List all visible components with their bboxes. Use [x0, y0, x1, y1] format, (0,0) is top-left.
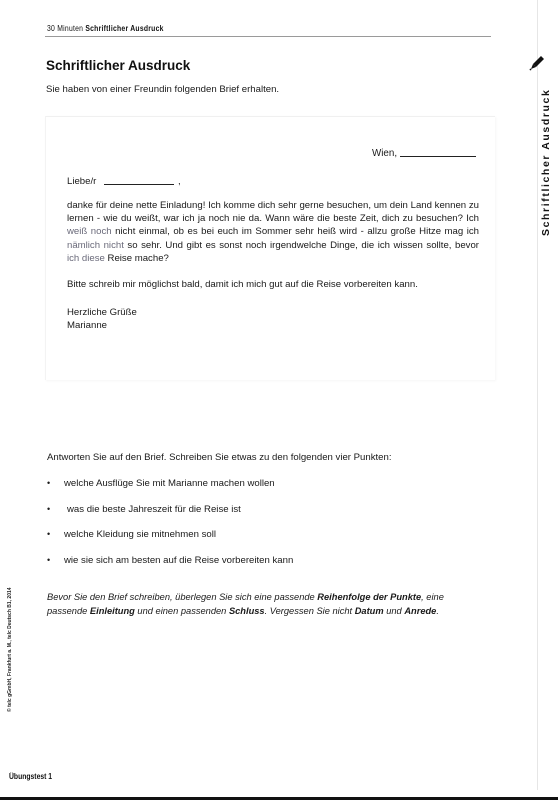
- letter-place: Wien,: [372, 148, 397, 159]
- instruction-note: Bevor Sie den Brief schreiben, überlegen…: [47, 591, 477, 618]
- task-point: •welche Kleidung sie mitnehmen soll: [47, 529, 293, 555]
- emphasis: Einleitung: [90, 606, 135, 616]
- time-prefix: 30 Minuten: [47, 24, 83, 33]
- letter-request: Bitte schreib mir möglichst bald, damit …: [67, 279, 418, 290]
- bullet-icon: •: [47, 529, 50, 539]
- salutation-comma: ,: [178, 176, 181, 187]
- bullet-icon: •: [47, 504, 50, 514]
- emphasis: Reihenfolge der Punkte: [317, 592, 421, 602]
- bullet-icon: •: [47, 555, 50, 565]
- name-blank-line: [104, 184, 174, 185]
- emphasis: Anrede: [404, 606, 436, 616]
- section-title: Schriftlicher Ausdruck: [46, 58, 190, 73]
- signature: Marianne: [67, 319, 137, 332]
- body-text-faded: nämlich nicht: [67, 240, 124, 251]
- body-text: danke für deine nette Einladung! Ich kom…: [67, 200, 479, 224]
- emphasis: Datum: [355, 606, 384, 616]
- date-blank-line: [400, 156, 476, 157]
- body-text-faded: weiß noch: [67, 226, 112, 237]
- running-head: 30 Minuten Schriftlicher Ausdruck: [47, 24, 164, 33]
- closing-greeting: Herzliche Grüße: [67, 306, 137, 319]
- footer-label: Übungstest 1: [9, 772, 52, 781]
- running-title: Schriftlicher Ausdruck: [85, 24, 163, 33]
- emphasis: Schluss: [229, 606, 265, 616]
- copyright-notice: © telc gGmbH, Frankfurt a. M., telc Deut…: [7, 587, 13, 712]
- page-edge-right: [537, 0, 538, 790]
- letter-closing: Herzliche Grüße Marianne: [67, 306, 137, 332]
- task-point: •wie sie sich am besten auf die Reise vo…: [47, 555, 293, 581]
- pencil-icon: [528, 53, 546, 71]
- letter-body: danke für deine nette Einladung! Ich kom…: [67, 199, 479, 265]
- side-tab-label: Schriftlicher Ausdruck: [540, 89, 552, 236]
- body-text: so sehr. Und gibt es sonst noch irgendwe…: [124, 240, 479, 251]
- task-points: •welche Ausflüge Sie mit Marianne machen…: [47, 478, 293, 580]
- task-point: •was die beste Jahreszeit für die Reise …: [47, 504, 293, 530]
- task-point: •welche Ausflüge Sie mit Marianne machen…: [47, 478, 293, 504]
- body-text: Reise mache?: [105, 253, 169, 264]
- body-text-faded: ich diese: [67, 253, 105, 264]
- letter-salutation: Liebe/r: [67, 176, 96, 187]
- body-text: nicht einmal, ob es bei euch im Sommer s…: [112, 226, 479, 237]
- bullet-icon: •: [47, 478, 50, 488]
- header-rule: [45, 36, 491, 37]
- section-intro: Sie haben von einer Freundin folgenden B…: [46, 84, 279, 95]
- task-intro: Antworten Sie auf den Brief. Schreiben S…: [47, 452, 392, 463]
